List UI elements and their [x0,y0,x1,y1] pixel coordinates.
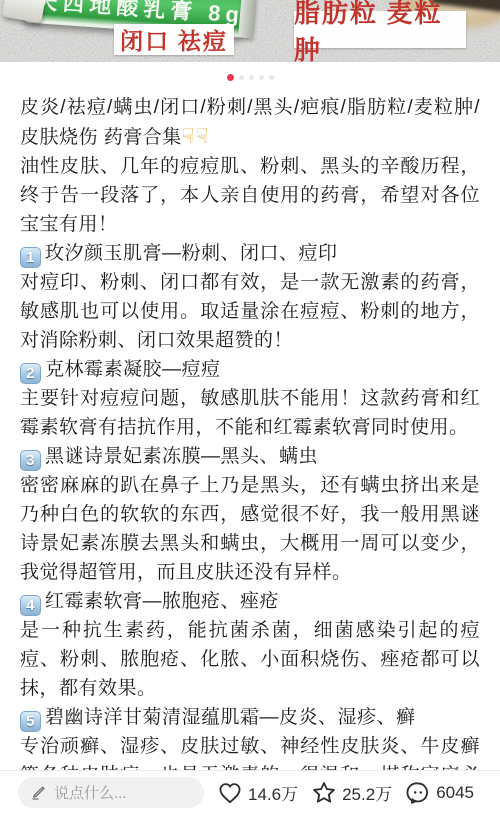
photo-tag-left: 闭口 祛痘 [114,24,234,55]
post-paragraph: 是一种抗生素药，能抗菌杀菌，细菌感染引起的痘痘、粉刺、脓胞疮、化脓、小面积烧伤、… [20,616,480,703]
like-count: 14.6万 [248,780,298,805]
bottom-action-bar: 说点什么... 14.6万 25.2万 6045 [0,770,500,816]
comments-button[interactable]: 6045 [405,780,474,806]
star-icon [311,780,337,806]
post-detail-page: 夫西地酸乳膏 8g 闭口 祛痘 脂肪粒 麦粒肿 皮炎/祛痘/螨虫/闭口/粉刺/黑… [0,0,500,816]
keycap-number-icon: 1 [20,247,41,268]
keycap-number-icon: 2 [20,363,41,384]
post-title: 皮炎/祛痘/螨虫/闭口/粉刺/黑头/疤痕/脂肪粒/麦粒肿/皮肤烧伤 药膏合集☟☟ [20,93,480,152]
chat-bubble-icon [405,780,431,806]
carousel-dot [227,74,234,81]
carousel-dot [239,75,244,80]
post-body: 皮炎/祛痘/螨虫/闭口/粉刺/黑头/疤痕/脂肪粒/麦粒肿/皮肤烧伤 药膏合集☟☟… [0,92,500,816]
post-item-heading: 4红霉素软膏—脓胞疮、痤疮 [20,587,480,616]
carousel-dot [249,75,254,80]
post-item-heading: 1玫汐颜玉肌膏—粉刺、闭口、痘印 [20,239,480,268]
collect-button[interactable]: 25.2万 [311,780,392,806]
post-paragraph: 密密麻麻的趴在鼻子上乃是黑头，还有螨虫挤出来是乃种白色的软软的东西，感觉很不好，… [20,471,480,587]
post-cover-photo[interactable]: 夫西地酸乳膏 8g 闭口 祛痘 脂肪粒 麦粒肿 [0,0,500,62]
comment-input[interactable]: 说点什么... [18,777,204,808]
post-paragraph: 主要针对痘痘问题，敏感肌肤不能用！这款药膏和红霉素软膏有拮抗作用，不能和红霉素软… [20,384,480,442]
keycap-number-icon: 5 [20,711,41,732]
carousel-dots[interactable] [0,62,500,92]
collect-count: 25.2万 [342,780,392,805]
pen-icon [30,785,46,801]
photo-tag-right: 脂肪粒 麦粒肿 [294,11,466,48]
post-item-heading: 2克林霉素凝胶—痘痘 [20,355,480,384]
post-paragraph: 油性皮肤、几年的痘痘肌、粉刺、黑头的辛酸历程，终于告一段落了，本人亲自使用的药膏… [20,152,480,239]
carousel-dot [269,75,274,80]
post-paragraph: 对痘印、粉刺、闭口都有效，是一款无激素的药膏，敏感肌也可以使用。取适量涂在痘痘、… [20,268,480,355]
heart-icon [217,780,243,806]
point-down-emoji: ☟☟ [182,125,210,148]
carousel-dot [259,75,264,80]
like-button[interactable]: 14.6万 [217,780,298,806]
comment-count: 6045 [436,783,474,803]
comment-placeholder: 说点什么... [54,782,127,803]
keycap-number-icon: 3 [20,450,41,471]
keycap-number-icon: 4 [20,595,41,616]
post-item-heading: 3黑谜诗景妃素冻膜—黑头、螨虫 [20,442,480,471]
post-item-heading: 5碧幽诗洋甘菊清湿蕴肌霜—皮炎、湿疹、癣 [20,703,480,732]
